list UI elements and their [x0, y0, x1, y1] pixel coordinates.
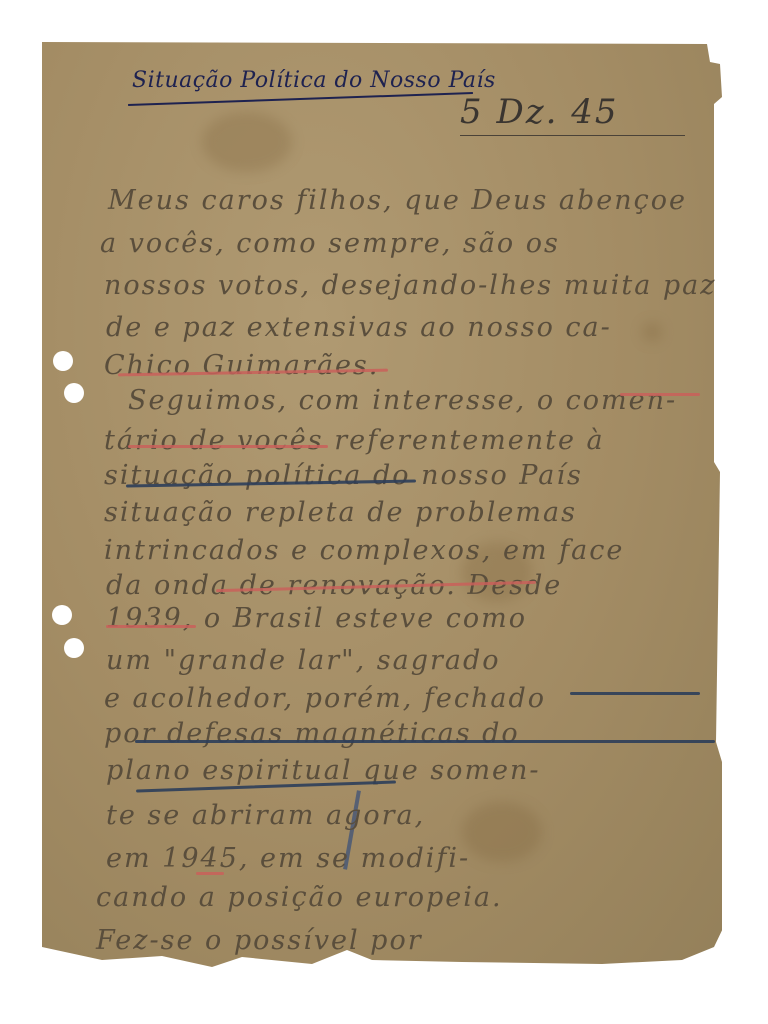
letter-line: e acolhedor, porém, fechado [104, 683, 546, 714]
letter-line: um "grande lar", sagrado [106, 645, 501, 676]
letter-line: Seguimos, com interesse, o comen- [128, 385, 677, 416]
punch-hole [52, 605, 72, 625]
red-underline [196, 872, 224, 875]
letter-line: Meus caros filhos, que Deus abençoe [108, 185, 687, 216]
red-underline [620, 393, 700, 396]
red-underline [106, 625, 196, 628]
letter-title: Situação Política do Nosso País [132, 68, 496, 93]
letter-line: situação repleta de problemas [104, 497, 577, 528]
letter-line: intrincados e complexos, em face [104, 535, 624, 566]
stain [462, 802, 542, 862]
letter-line: cando a posição europeia. [96, 882, 503, 913]
letter-line: Chico Guimarães. [104, 350, 379, 381]
date-underline [460, 135, 685, 136]
letter-line: a vocês, como sempre, são os [100, 228, 560, 259]
letter-line: 1939, o Brasil esteve como [106, 603, 527, 634]
punch-hole [53, 351, 73, 371]
letter-date: 5 Dz. 45 [460, 92, 619, 132]
letter-line: nossos votos, desejando-lhes muita paz [104, 270, 717, 301]
letter-line: de e paz extensivas ao nosso ca- [106, 312, 612, 343]
punch-hole [64, 383, 84, 403]
letter-line: em 1945, em se modifi- [106, 843, 470, 874]
stain [642, 322, 662, 342]
letter-line: por defesas magnéticas do [104, 718, 520, 749]
letter-line: plano espiritual que somen- [106, 755, 541, 786]
letter-line: tário de vocês referentemente à [104, 425, 605, 456]
blue-underline [135, 740, 715, 743]
punch-hole [64, 638, 84, 658]
letter-line: te se abriram agora, [106, 800, 425, 831]
letter-line: Fez-se o possível por [96, 925, 423, 956]
red-underline [128, 445, 328, 448]
blue-underline [570, 692, 700, 695]
stain [202, 112, 292, 172]
